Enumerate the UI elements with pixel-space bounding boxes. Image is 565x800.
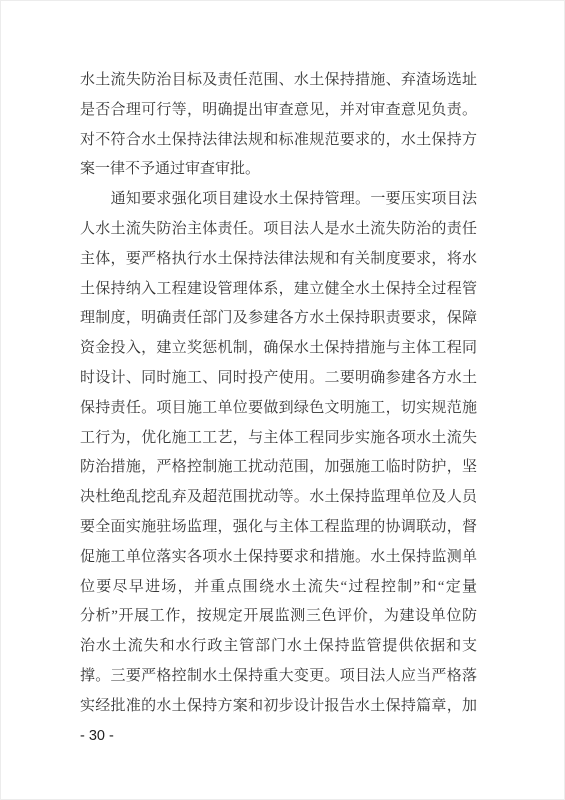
- text-line: 理制度，明确责任部门及参建各方水土保持职责要求，保障: [80, 304, 477, 334]
- text-line: 要全面实施驻场监理，强化与主体工程监理的协调联动，督: [80, 513, 477, 543]
- text-line: 分析”开展工作，按规定开展监测三色评价，为建设单位防: [80, 602, 477, 632]
- text-line: 防治措施，严格控制施工扰动范围，加强施工临时防护，坚: [80, 453, 477, 483]
- text-line: 撑。三要严格控制水土保持重大变更。项目法人应当严格落: [80, 662, 477, 692]
- text-line: 通知要求强化项目建设水土保持管理。一要压实项目法: [80, 185, 477, 215]
- text-line: 资金投入，建立奖惩机制，确保水土保持措施与主体工程同: [80, 334, 477, 364]
- text-line: 土保持纳入工程建设管理体系，建立健全水土保持全过程管: [80, 275, 477, 305]
- text-line: 案一律不予通过审查审批。: [80, 155, 477, 185]
- text-line: 实经批准的水土保持方案和初步设计报告水土保持篇章，加: [80, 692, 477, 722]
- page-number: - 30 -: [80, 726, 114, 746]
- text-line: 是否合理可行等，明确提出审查意见，并对审查意见负责。: [80, 96, 477, 126]
- text-line: 促施工单位落实各项水土保持要求和措施。水土保持监测单: [80, 543, 477, 573]
- document-page: 水土流失防治目标及责任范围、水土保持措施、弃渣场选址 是否合理可行等，明确提出审…: [0, 0, 565, 800]
- text-line: 工行为，优化施工工艺，与主体工程同步实施各项水土流失: [80, 424, 477, 454]
- text-line: 对不符合水土保持法律法规和标准规范要求的，水土保持方: [80, 126, 477, 156]
- text-line: 决杜绝乱挖乱弃及超范围扰动等。水土保持监理单位及人员: [80, 483, 477, 513]
- text-line: 时设计、同时施工、同时投产使用。二要明确参建各方水土: [80, 364, 477, 394]
- text-line: 治水土流失和水行政主管部门水土保持监管提供依据和支: [80, 632, 477, 662]
- text-line: 位要尽早进场，并重点围绕水土流失“过程控制”和“定量: [80, 573, 477, 603]
- text-line: 水土流失防治目标及责任范围、水土保持措施、弃渣场选址: [80, 66, 477, 96]
- text-line: 主体，要严格执行水土保持法律法规和有关制度要求，将水: [80, 245, 477, 275]
- text-line: 保持责任。项目施工单位要做到绿色文明施工，切实规范施: [80, 394, 477, 424]
- text-line: 人水土流失防治主体责任。项目法人是水土流失防治的责任: [80, 215, 477, 245]
- page-body-text: 水土流失防治目标及责任范围、水土保持措施、弃渣场选址 是否合理可行等，明确提出审…: [80, 66, 477, 722]
